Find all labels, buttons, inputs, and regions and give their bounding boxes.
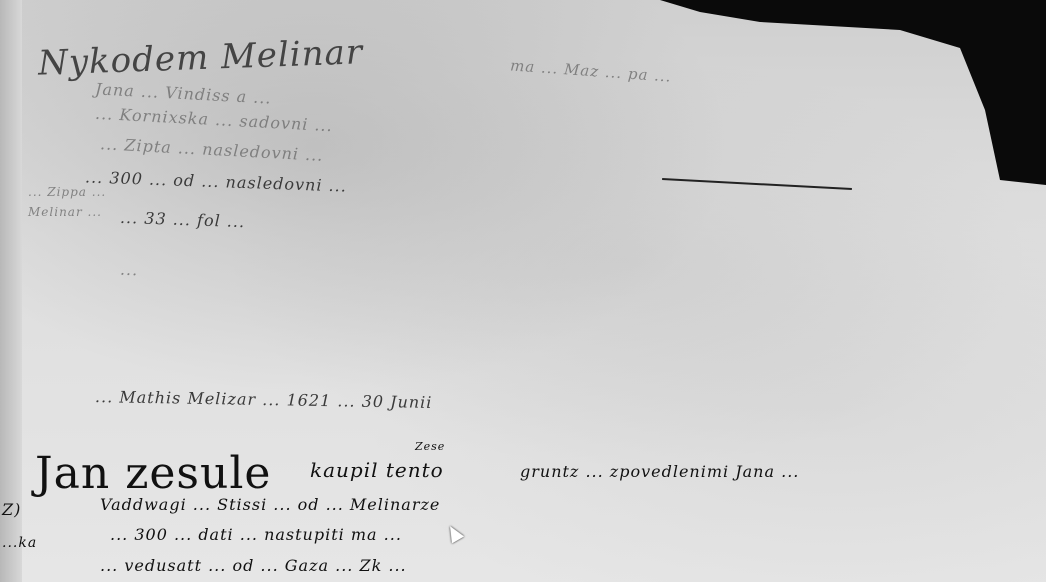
- entry-2-line: ... 300 ... dati ... nastupiti ma ...: [110, 525, 402, 544]
- entry-2-heading: Jan zesule: [35, 448, 271, 499]
- entry-2-heading-addition: kaupil tento: [310, 458, 444, 482]
- manuscript-page: Nykodem Melinar ma ... Maz ... pa ... Ja…: [0, 0, 1046, 582]
- margin-note: ... Zippa ...: [28, 185, 106, 199]
- binding-edge: [0, 0, 22, 582]
- margin-note: ...ka: [2, 535, 37, 551]
- superscript-note: Zese: [415, 440, 445, 453]
- entry-2-line: Vaddwagi ... Stissi ... od ... Melinarze: [100, 495, 440, 514]
- entry-1-line: ...: [120, 260, 139, 280]
- margin-note: Melinar ...: [28, 205, 102, 219]
- entry-2-line: gruntz ... zpovedlenimi Jana ...: [520, 462, 799, 481]
- entry-2-line: ... vedusatt ... od ... Gaza ... Zk ...: [100, 556, 407, 575]
- margin-note: Z): [2, 500, 21, 519]
